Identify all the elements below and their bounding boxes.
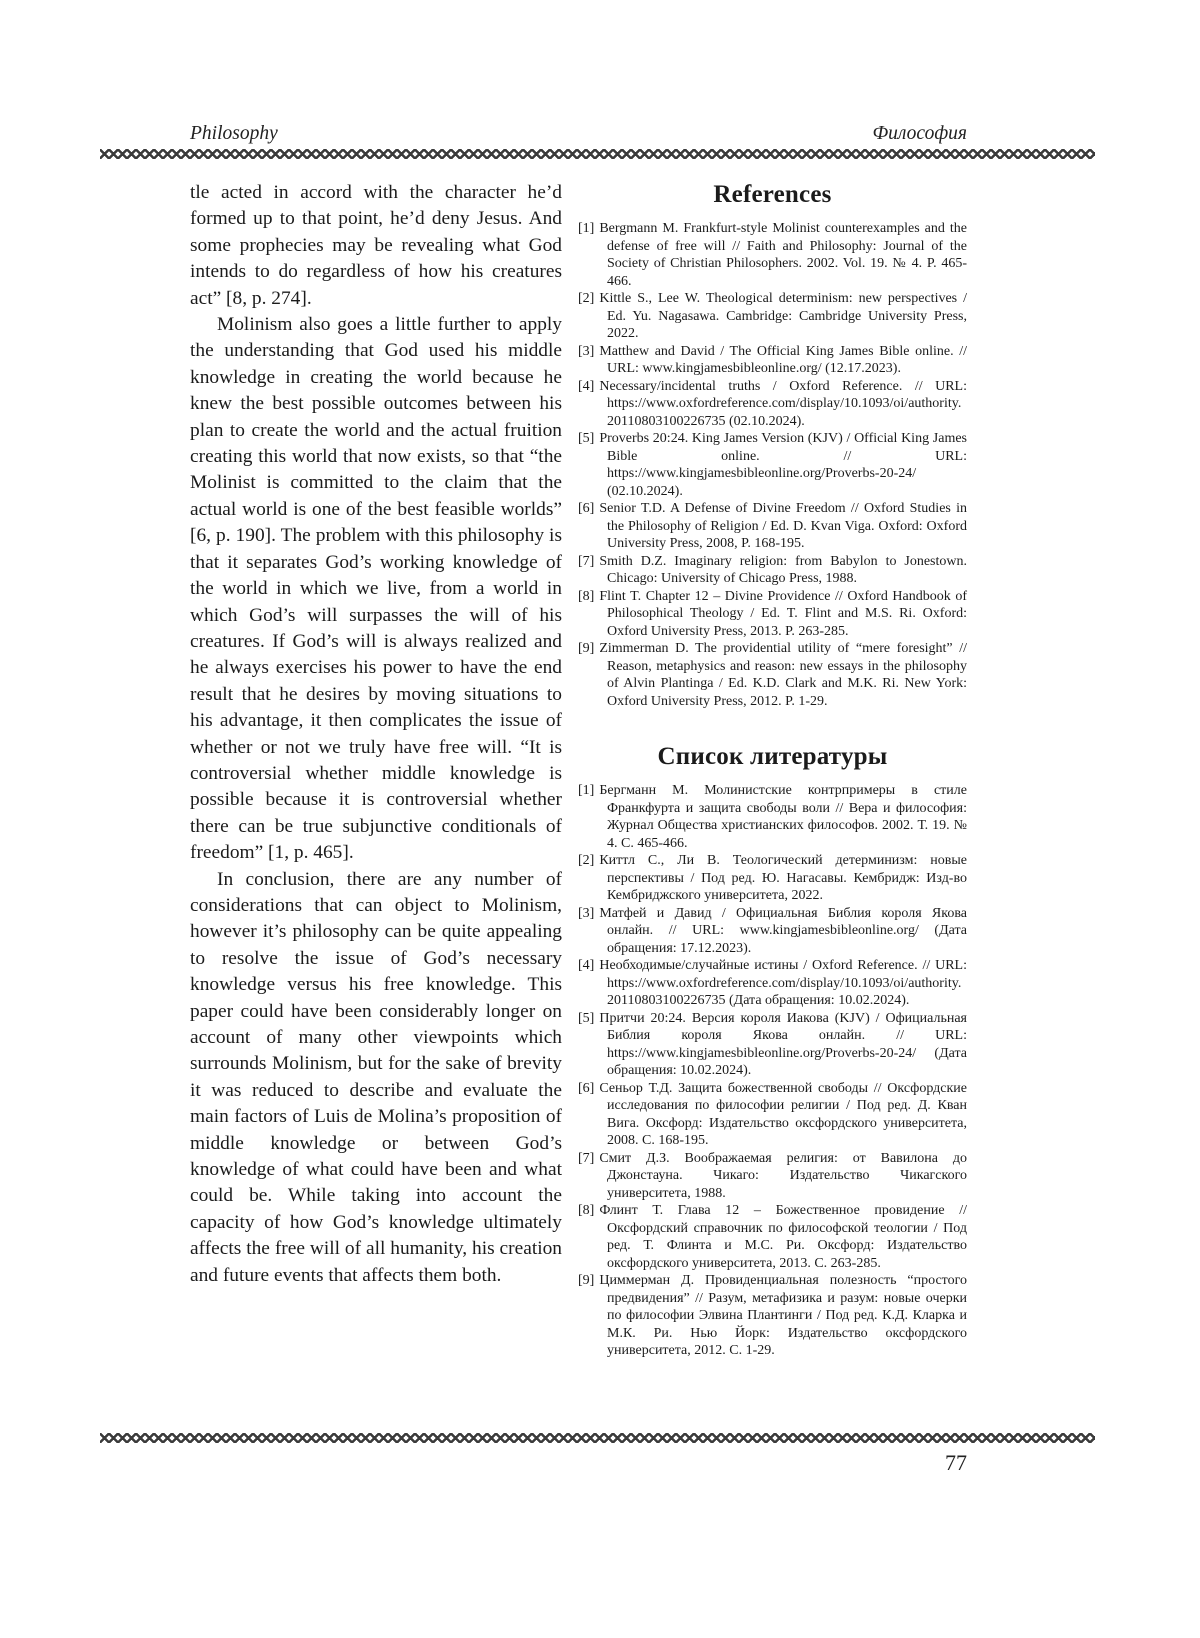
reference-text: Matthew and David / The Official King Ja…: [599, 344, 967, 377]
journal-page: Philosophy Философия tle acted in accord…: [0, 0, 1200, 1638]
reference-number: [3]: [578, 906, 599, 921]
reference-text: Necessary/incidental truths / Oxford Ref…: [599, 379, 967, 429]
reference-item: [6]Senior T.D. A Defense of Divine Freed…: [578, 500, 967, 553]
reference-number: [7]: [578, 554, 599, 569]
reference-text: Bergmann M. Frankfurt-style Molinist cou…: [599, 221, 967, 289]
reference-text: Матфей и Давид / Официальная Библия коро…: [599, 906, 967, 956]
reference-number: [1]: [578, 221, 599, 236]
reference-number: [2]: [578, 853, 599, 868]
reference-item: [2]Kittle S., Lee W. Theological determi…: [578, 290, 967, 343]
reference-text: Киттл С., Ли В. Теологический детерминиз…: [599, 853, 967, 903]
reference-number: [5]: [578, 431, 599, 446]
references-title: References: [578, 180, 967, 210]
reference-item: [1]Bergmann M. Frankfurt-style Molinist …: [578, 220, 967, 290]
reference-text: Сеньор Т.Д. Защита божественной свободы …: [599, 1081, 967, 1149]
reference-text: Притчи 20:24. Версия короля Иакова (KJV)…: [599, 1011, 967, 1079]
reference-number: [9]: [578, 641, 599, 656]
reference-item: [5]Притчи 20:24. Версия короля Иакова (K…: [578, 1010, 967, 1080]
reference-number: [4]: [578, 379, 599, 394]
reference-text: Flint T. Chapter 12 – Divine Providence …: [599, 589, 967, 639]
bibliography-title: Список литературы: [578, 742, 967, 772]
reference-text: Kittle S., Lee W. Theological determinis…: [599, 291, 967, 341]
reference-text: Флинт Т. Глава 12 – Божественное провиде…: [599, 1203, 967, 1271]
reference-item: [4]Необходимые/случайные истины / Oxford…: [578, 957, 967, 1010]
reference-item: [5]Proverbs 20:24. King James Version (K…: [578, 430, 967, 500]
reference-item: [8]Flint T. Chapter 12 – Divine Providen…: [578, 588, 967, 641]
decorative-rule-bottom: [100, 1433, 1095, 1443]
reference-text: Циммерман Д. Провиденциальная полезность…: [599, 1273, 967, 1358]
paragraph: tle acted in accord with the character h…: [190, 180, 562, 312]
reference-item: [2]Киттл С., Ли В. Теологический детерми…: [578, 852, 967, 905]
reference-text: Senior T.D. A Defense of Divine Freedom …: [599, 501, 967, 551]
reference-text: Необходимые/случайные истины / Oxford Re…: [599, 958, 967, 1008]
reference-item: [7]Смит Д.З. Воображаемая религия: от Ва…: [578, 1150, 967, 1203]
two-column-body: tle acted in accord with the character h…: [100, 180, 1095, 1360]
references-list-en: [1]Bergmann M. Frankfurt-style Molinist …: [578, 220, 967, 710]
reference-item: [6]Сеньор Т.Д. Защита божественной свобо…: [578, 1080, 967, 1150]
references-list-ru: [1]Бергманн М. Молинистские контрпримеры…: [578, 782, 967, 1360]
reference-number: [4]: [578, 958, 599, 973]
reference-number: [7]: [578, 1151, 599, 1166]
page-footer: 77: [100, 1430, 1095, 1476]
running-head-right: Философия: [872, 122, 967, 146]
article-text-column: tle acted in accord with the character h…: [190, 180, 562, 1360]
reference-number: [6]: [578, 1081, 599, 1096]
page-header: Philosophy Философия: [100, 122, 1095, 159]
reference-number: [9]: [578, 1273, 599, 1288]
reference-text: Smith D.Z. Imaginary religion: from Baby…: [599, 554, 967, 587]
references-column: References [1]Bergmann M. Frankfurt-styl…: [578, 180, 967, 1360]
decorative-rule-top: [100, 149, 1095, 159]
reference-item: [9]Циммерман Д. Провиденциальная полезно…: [578, 1272, 967, 1360]
reference-item: [4]Necessary/incidental truths / Oxford …: [578, 378, 967, 431]
paragraph: In conclusion, there are any number of c…: [190, 867, 562, 1290]
reference-item: [7]Smith D.Z. Imaginary religion: from B…: [578, 553, 967, 588]
reference-number: [5]: [578, 1011, 599, 1026]
reference-number: [6]: [578, 501, 599, 516]
reference-number: [8]: [578, 1203, 599, 1218]
reference-item: [1]Бергманн М. Молинистские контрпримеры…: [578, 782, 967, 852]
reference-item: [8]Флинт Т. Глава 12 – Божественное пров…: [578, 1202, 967, 1272]
reference-number: [1]: [578, 783, 599, 798]
reference-number: [3]: [578, 344, 599, 359]
paragraph: Molinism also goes a little further to a…: [190, 312, 562, 867]
reference-number: [8]: [578, 589, 599, 604]
reference-text: Смит Д.З. Воображаемая религия: от Вавил…: [599, 1151, 967, 1201]
reference-item: [9]Zimmerman D. The providential utility…: [578, 640, 967, 710]
page-number: 77: [100, 1450, 1095, 1476]
reference-text: Proverbs 20:24. King James Version (KJV)…: [599, 431, 967, 499]
reference-text: Бергманн М. Молинистские контрпримеры в …: [599, 783, 967, 851]
reference-item: [3]Матфей и Давид / Официальная Библия к…: [578, 905, 967, 958]
running-head-left: Philosophy: [190, 122, 278, 146]
reference-number: [2]: [578, 291, 599, 306]
reference-item: [3]Matthew and David / The Official King…: [578, 343, 967, 378]
reference-text: Zimmerman D. The providential utility of…: [599, 641, 967, 709]
